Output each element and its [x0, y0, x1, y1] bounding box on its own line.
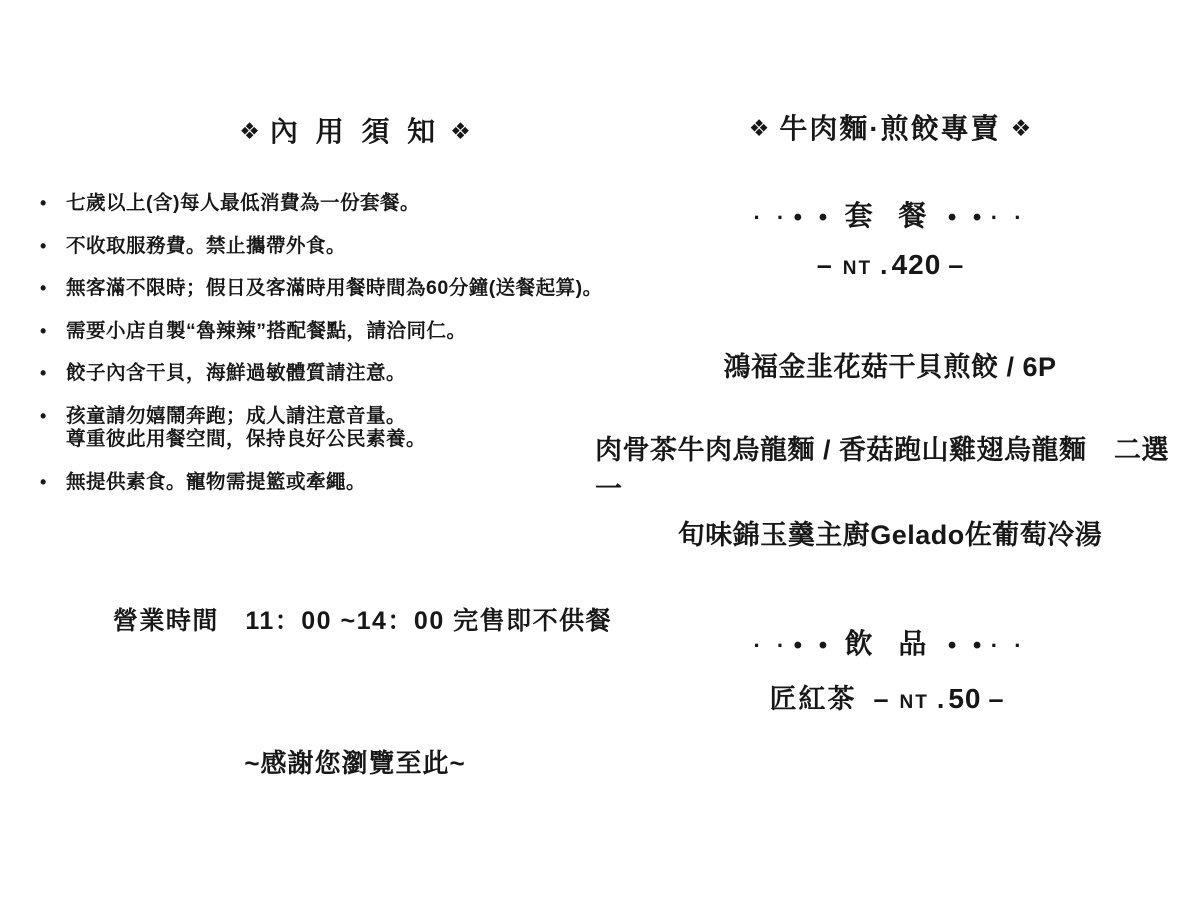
section-label: 套 餐: [845, 200, 936, 231]
notice-text: 無提供素食。寵物需提籃或牽繩。: [66, 471, 366, 495]
bullet-icon: •: [40, 235, 66, 259]
diamond-icon: ❖: [239, 118, 260, 144]
list-item: • 孩童請勿嬉鬧奔跑；成人請注意音量。 尊重彼此用餐空間，保持良好公民素養。: [40, 405, 620, 452]
price-dash: –: [989, 684, 1004, 714]
price-dash: –: [817, 250, 832, 280]
business-hours: 營業時間 11：00 ~14：00 完售即不供餐: [95, 601, 630, 637]
dots-decoration: · ·: [991, 205, 1027, 230]
notice-text: 餃子內含干貝，海鮮過敏體質請注意。: [66, 362, 406, 386]
list-item: • 需要小店自製“魯辣辣”搭配餐點，請洽同仁。: [40, 320, 620, 344]
price-dot: .: [937, 684, 945, 714]
notice-text: 不收取服務費。禁止攜帶外食。: [66, 235, 346, 259]
menu-item-dumplings: 鴻福金韭花菇干貝煎餃 / 6P: [605, 345, 1175, 384]
bullet-icon: •: [40, 362, 66, 386]
currency-label: NT: [900, 692, 929, 713]
dots-decoration: • •: [794, 632, 832, 659]
price-amount: 50: [948, 683, 981, 714]
list-item: • 七歲以上(含)每人最低消費為一份套餐。: [40, 192, 620, 216]
price-dash: –: [873, 684, 888, 714]
bullet-icon: •: [40, 277, 66, 301]
list-item: • 餃子內含干貝，海鮮過敏體質請注意。: [40, 362, 620, 386]
dine-in-notice-title-text: 內 用 須 知: [270, 116, 440, 147]
diamond-icon: ❖: [749, 115, 770, 141]
set-price: –NT.420–: [605, 249, 1175, 281]
menu-page: ❖內 用 須 知❖ • 七歲以上(含)每人最低消費為一份套餐。 • 不收取服務費…: [0, 0, 1200, 900]
notice-text: 七歲以上(含)每人最低消費為一份套餐。: [66, 192, 420, 216]
dots-decoration: · ·: [753, 633, 789, 658]
drink-item: 匠紅茶–NT.50–: [605, 677, 1175, 716]
set-section-header: · · • • 套 餐 • • · ·: [605, 194, 1175, 234]
drink-name: 匠紅茶: [769, 684, 856, 714]
price-dash: –: [948, 250, 963, 280]
price-amount: 420: [892, 249, 942, 280]
drinks-section-header: · · • • 飲 品 • • · ·: [605, 622, 1175, 662]
menu-title: ❖牛肉麵·煎餃專賣❖: [605, 107, 1175, 147]
notice-list: • 七歲以上(含)每人最低消費為一份套餐。 • 不收取服務費。禁止攜帶外食。 •…: [40, 192, 620, 513]
price-dot: .: [880, 250, 888, 280]
notice-text: 需要小店自製“魯辣辣”搭配餐點，請洽同仁。: [66, 320, 467, 344]
list-item: • 無客滿不限時；假日及客滿時用餐時間為60分鐘(送餐起算)。: [40, 277, 620, 301]
dots-decoration: • •: [794, 204, 832, 231]
diamond-icon: ❖: [1011, 115, 1032, 141]
bullet-icon: •: [40, 192, 66, 216]
dots-decoration: • •: [948, 632, 986, 659]
notice-text: 孩童請勿嬉鬧奔跑；成人請注意音量。 尊重彼此用餐空間，保持良好公民素養。: [66, 405, 426, 452]
menu-title-text: 牛肉麵·煎餃專賣: [779, 113, 1000, 144]
closing-message: ~感謝您瀏覽至此~: [95, 743, 615, 780]
dine-in-notice-title: ❖內 用 須 知❖: [95, 110, 615, 150]
list-item: • 無提供素食。寵物需提籃或牽繩。: [40, 471, 620, 495]
diamond-icon: ❖: [450, 118, 471, 144]
currency-label: NT: [843, 258, 872, 279]
bullet-icon: •: [40, 320, 66, 344]
dots-decoration: · ·: [753, 205, 789, 230]
notice-text: 無客滿不限時；假日及客滿時用餐時間為60分鐘(送餐起算)。: [66, 277, 603, 301]
menu-item-dessert-soup: 旬味錦玉羹主廚Gelado佐葡萄冷湯: [605, 513, 1175, 552]
bullet-icon: •: [40, 471, 66, 495]
list-item: • 不收取服務費。禁止攜帶外食。: [40, 235, 620, 259]
dots-decoration: · ·: [991, 633, 1027, 658]
menu-item-noodles: 肉骨茶牛肉烏龍麵 / 香菇跑山雞翅烏龍麵 二選一: [595, 428, 1185, 506]
dots-decoration: • •: [948, 204, 986, 231]
bullet-icon: •: [40, 405, 66, 429]
section-label: 飲 品: [845, 628, 936, 659]
